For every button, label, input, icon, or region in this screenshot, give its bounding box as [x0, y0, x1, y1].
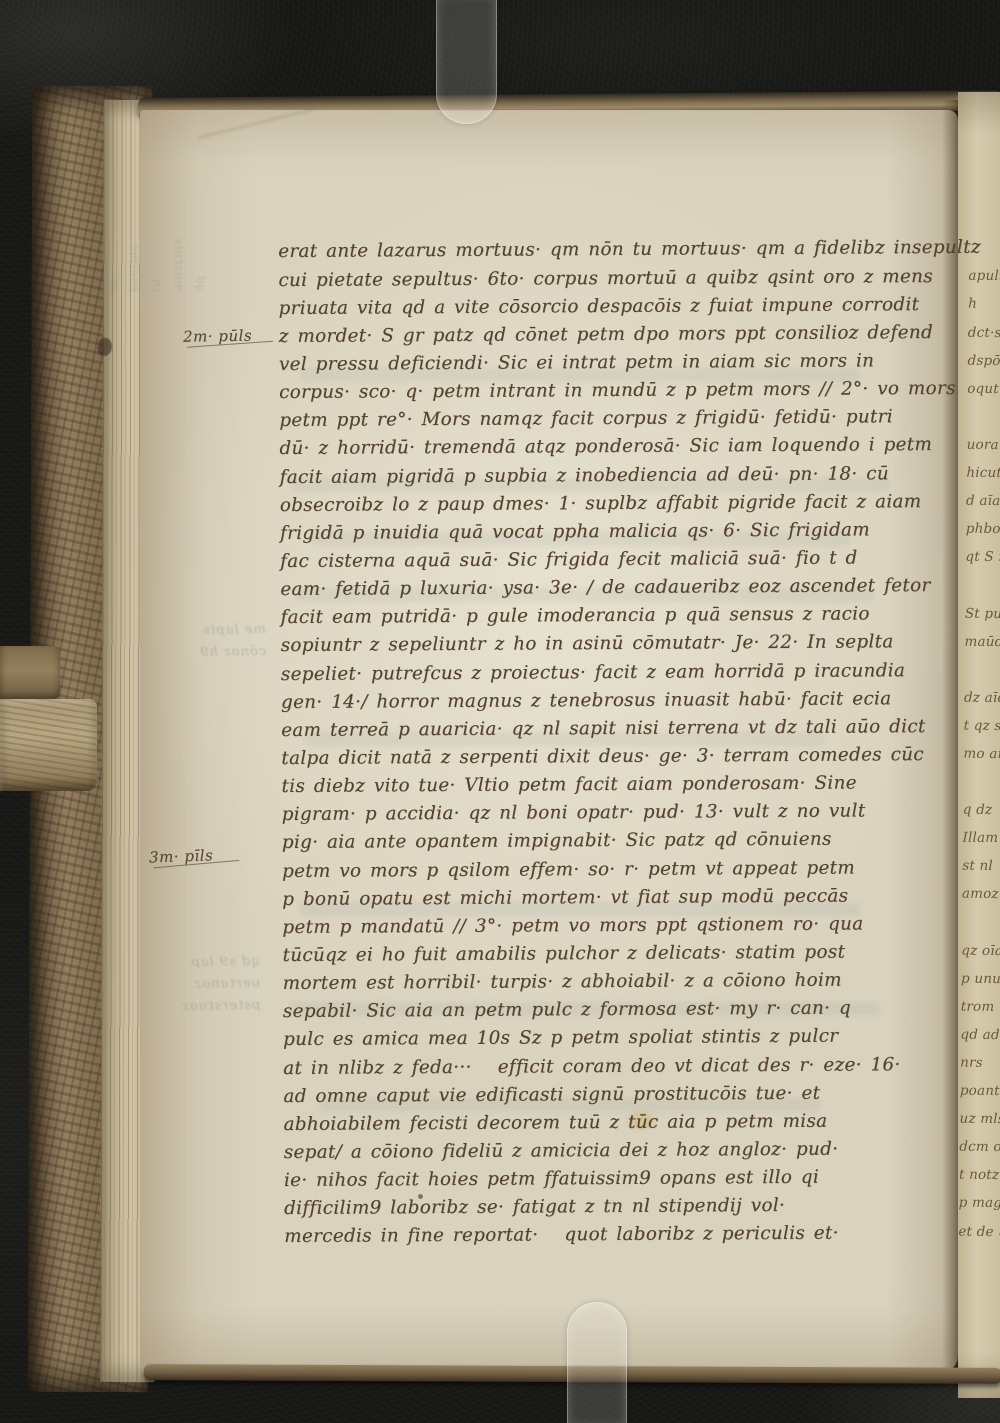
text-line: p bonū opatu est michi mortem· vt fiat s…: [282, 882, 942, 914]
facing-page-line: trom: [961, 992, 1000, 1021]
facing-page-line: Illam: [962, 824, 1000, 853]
facing-page-line: [963, 768, 1000, 797]
clasp-strap-lower-tab: [0, 699, 97, 791]
facing-page-line: apult: [968, 262, 1000, 291]
facing-page-line: qt S mo: [965, 543, 1000, 572]
facing-page-line: uora: [967, 431, 1000, 460]
facing-page-text-fragments: apulthdct·spdspōdoqutuorahicutd aīa·uphb…: [958, 150, 1000, 1246]
text-line: abhoiabilem fecisti decorem tuū z tūc ai…: [283, 1107, 943, 1139]
glass-clamp-strip-top: [436, 0, 497, 124]
facing-page-line: p unu: [961, 964, 1000, 993]
facing-page-strip: apulthdct·spdspōdoqutuorahicutd aīa·uphb…: [958, 92, 1000, 1398]
facing-page-line: dspōd: [967, 346, 1000, 375]
text-line: z mordet· S gr patz qd cōnet petm dpo mo…: [279, 319, 939, 351]
facing-page-line: q dz: [963, 796, 1000, 825]
manuscript-text-block: erat ante lazarus mortuus· qm nōn tu mor…: [278, 150, 945, 1252]
text-line: eam· fetidā p luxuria· ysa· 3e· / de cad…: [280, 572, 940, 604]
text-line: vel pressu deficiendi· Sic ei intrat pet…: [279, 347, 939, 379]
facing-page-line: qz oīa: [961, 936, 1000, 965]
ghost-note-line: cōnoz h9: [146, 641, 266, 665]
ghost-note-lower: qd s9 lapuertanozpsterstuoz: [135, 951, 260, 1019]
text-line: petm vo mors p qsilom effem· so· r· petm…: [282, 854, 942, 886]
facing-page-line: p mag: [959, 1189, 1000, 1218]
text-line: sepabil· Sic aia an petm pulc z formosa …: [283, 994, 943, 1026]
margin-note-2m-puls: 2m· pūls: [183, 326, 269, 345]
facing-page-line: dz aīo: [964, 683, 1000, 712]
margin-note-3m-pils: 3m· pīls: [149, 846, 236, 867]
clasp-strap-upper-tab: [0, 646, 60, 700]
text-line: ie· nihos facit hoies petm ffatuissim9 o…: [284, 1163, 944, 1195]
text-line: pulc es amica mea 10s Sz p petm spoliat …: [283, 1022, 943, 1054]
text-line: cui pietate sepultus· 6to· corpus mortuū…: [278, 263, 938, 295]
facing-page-line: [964, 655, 1000, 684]
facing-page-line: maūd: [964, 627, 1000, 656]
ghost-note-line: me lapis: [146, 619, 266, 643]
text-line: facit aiam pigridā p supbia z inobedienc…: [280, 460, 940, 492]
text-line: mercedis in fine reportat· quot laboribz…: [284, 1219, 944, 1251]
facing-page-line: St pus: [965, 599, 1000, 628]
text-line: dū· z horridū· tremendā atqz ponderosā· …: [279, 431, 939, 463]
manuscript-photograph: apulthdct·spdspōdoqutuorahicutd aīa·uphb…: [0, 0, 1000, 1423]
text-line: petm p mandatū // 3°· petm vo mors ppt q…: [282, 910, 942, 942]
text-line: difficilim9 laboribz se· fatigat z tn nl…: [284, 1191, 944, 1223]
text-line: corpus· sco· q· petm intrant in mundū z …: [279, 375, 939, 407]
facing-page-line: d aīa·u: [966, 487, 1000, 516]
text-line: erat ante lazarus mortuus· qm nōn tu mor…: [278, 234, 938, 266]
text-line: pigram· p accidia· qz nl boni opatr· pud…: [282, 797, 942, 829]
text-line: sepeliet· putrefcus z proiectus· facit z…: [281, 657, 941, 689]
facing-page-line: [967, 403, 1000, 432]
text-line: frigidā p inuidia quā vocat ppha malicia…: [280, 516, 940, 548]
facing-page-line: [962, 908, 1000, 937]
text-line: sepat/ a cōiono fideliū z amicicia dei z…: [284, 1135, 944, 1167]
text-line: facit eam putridā· p gule imoderancia p …: [280, 600, 940, 632]
facing-page-line: mo am: [963, 740, 1000, 769]
glass-clamp-strip-bottom: [567, 1302, 627, 1423]
text-line: tūcūqz ei ho fuit amabilis pulchor z del…: [282, 938, 942, 970]
facing-page-line: et de q: [958, 1217, 1000, 1246]
facing-page-line: hicut: [966, 459, 1000, 488]
facing-page-line: [965, 571, 1000, 600]
facing-page-line: t notz: [959, 1161, 1000, 1190]
facing-page-line: qd ad: [960, 1021, 1000, 1050]
facing-page-line: phbont: [966, 515, 1000, 544]
text-line: talpa dicit natā z serpenti dixit deus· …: [281, 741, 941, 773]
text-line: sopiuntr z sepeliuntr z ho in asinū cōmu…: [281, 628, 941, 660]
ghost-note-line: psterstuoz: [136, 995, 260, 1019]
text-line: gen· 14·/ horror magnus z tenebrosus inu…: [281, 685, 941, 717]
facing-page-line: dct·sp: [968, 318, 1000, 347]
text-line: pig· aia ante opantem impignabit· Sic pa…: [282, 825, 942, 857]
ghost-note-line: qd s9 lap: [135, 951, 259, 975]
facing-page-line: uz mls: [959, 1105, 1000, 1134]
text-line: mortem est horribil· turpis· z abhoiabil…: [283, 966, 943, 998]
facing-page-line: st nl: [962, 852, 1000, 881]
facing-page-line: amoz: [962, 880, 1000, 909]
text-line: ad omne caput vie edificasti signū prost…: [283, 1079, 943, 1111]
ghost-note-mid: me lapiscōnoz h9: [146, 619, 267, 665]
text-line: priuata vita qd a vite cōsorcio despacōi…: [279, 291, 939, 323]
text-line: petm ppt re°· Mors namqz facit corpus z …: [279, 403, 939, 435]
facing-page-line: poant: [960, 1077, 1000, 1106]
text-line: fac cisterna aquā suā· Sic frigida fecit…: [280, 544, 940, 576]
ghost-note-line: uertanoz: [136, 973, 260, 997]
text-line: at in nlibz z feda··· efficit coram deo …: [283, 1051, 943, 1083]
ghost-note-column: qd moztuis in psalmo dt: [22, 252, 212, 292]
facing-page-line: t qz so: [964, 712, 1000, 741]
facing-page-line: dcm os: [959, 1133, 1000, 1162]
text-line: tis diebz vito tue· Vltio petm facit aia…: [281, 769, 941, 801]
facing-page-line: h: [968, 290, 1000, 319]
facing-page-line: nrs: [960, 1049, 1000, 1078]
text-line: obsecroibz lo z paup dmes· 1· suplbz aff…: [280, 488, 940, 520]
facing-page-line: oqut: [967, 374, 1000, 403]
text-line: eam terreā p auaricia· qz nl sapit nisi …: [281, 713, 941, 745]
